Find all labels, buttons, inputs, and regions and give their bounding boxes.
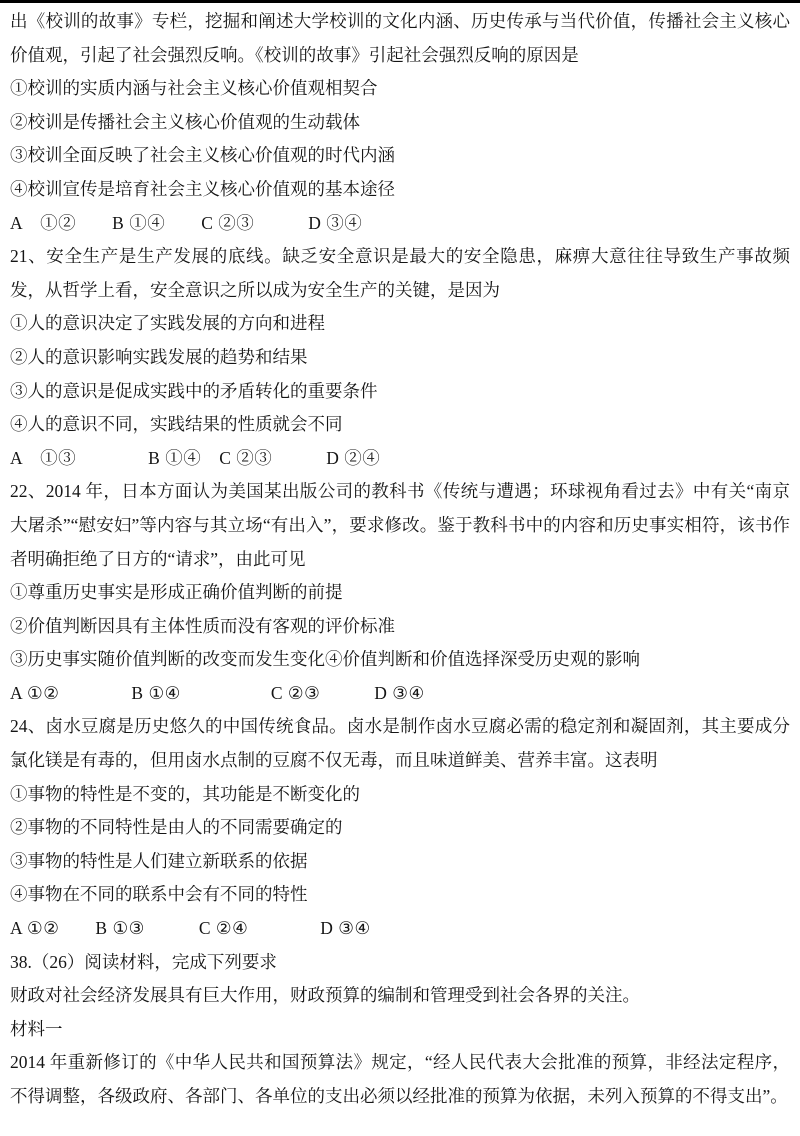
exam-paper-page: 出《校训的故事》专栏，挖掘和阐述大学校训的文化内涵、历史传承与当代价值，传播社会… bbox=[0, 0, 800, 1136]
q21-answer-row: A ①③ B ①④ C ②③ D ②④ bbox=[10, 442, 790, 476]
q24-option-1: ①事物的特性是不变的，其功能是不断变化的 bbox=[10, 778, 790, 812]
q22-option-1: ①尊重历史事实是形成正确价值判断的前提 bbox=[10, 576, 790, 610]
q24-option-4: ④事物在不同的联系中会有不同的特性 bbox=[10, 878, 790, 912]
q22-stem: 22、2014 年，日本方面认为美国某出版公司的教科书《传统与遭遇；环球视角看过… bbox=[10, 475, 790, 576]
material-one-label: 材料一 bbox=[10, 1013, 790, 1047]
q24-option-2: ②事物的不同特性是由人的不同需要确定的 bbox=[10, 811, 790, 845]
q21-option-1: ①人的意识决定了实践发展的方向和进程 bbox=[10, 307, 790, 341]
q24-answer-row: A ①② B ①③ C ②④ D ③④ bbox=[10, 912, 790, 946]
q21-option-2: ②人的意识影响实践发展的趋势和结果 bbox=[10, 341, 790, 375]
q38-heading: 38.（26）阅读材料，完成下列要求 bbox=[10, 946, 790, 980]
document-body: 出《校训的故事》专栏，挖掘和阐述大学校训的文化内涵、历史传承与当代价值，传播社会… bbox=[0, 3, 800, 1114]
q22-answer-row: A ①② B ①④ C ②③ D ③④ bbox=[10, 677, 790, 711]
q21-option-4: ④人的意识不同，实践结果的性质就会不同 bbox=[10, 408, 790, 442]
q20-option-2: ②校训是传播社会主义核心价值观的生动载体 bbox=[10, 106, 790, 140]
q22-option-2: ②价值判断因具有主体性质而没有客观的评价标准 bbox=[10, 610, 790, 644]
q20-stem: 出《校训的故事》专栏，挖掘和阐述大学校训的文化内涵、历史传承与当代价值，传播社会… bbox=[10, 5, 790, 72]
q21-option-3: ③人的意识是促成实践中的矛盾转化的重要条件 bbox=[10, 375, 790, 409]
q20-answer-row: A ①② B ①④ C ②③ D ③④ bbox=[10, 207, 790, 241]
q24-stem: 24、卤水豆腐是历史悠久的中国传统食品。卤水是制作卤水豆腐必需的稳定剂和凝固剂，… bbox=[10, 710, 790, 777]
q22-option-3-4: ③历史事实随价值判断的改变而发生变化④价值判断和价值选择深受历史观的影响 bbox=[10, 643, 790, 677]
q21-stem: 21、安全生产是生产发展的底线。缺乏安全意识是最大的安全隐患，麻痹大意往往导致生… bbox=[10, 240, 790, 307]
q20-option-4: ④校训宣传是培育社会主义核心价值观的基本途径 bbox=[10, 173, 790, 207]
q20-option-3: ③校训全面反映了社会主义核心价值观的时代内涵 bbox=[10, 139, 790, 173]
material-one-text: 2014 年重新修订的《中华人民共和国预算法》规定，“经人民代表大会批准的预算，… bbox=[10, 1046, 790, 1113]
q20-option-1: ①校训的实质内涵与社会主义核心价值观相契合 bbox=[10, 72, 790, 106]
q24-option-3: ③事物的特性是人们建立新联系的依据 bbox=[10, 845, 790, 879]
q38-intro: 财政对社会经济发展具有巨大作用，财政预算的编制和管理受到社会各界的关注。 bbox=[10, 979, 790, 1013]
